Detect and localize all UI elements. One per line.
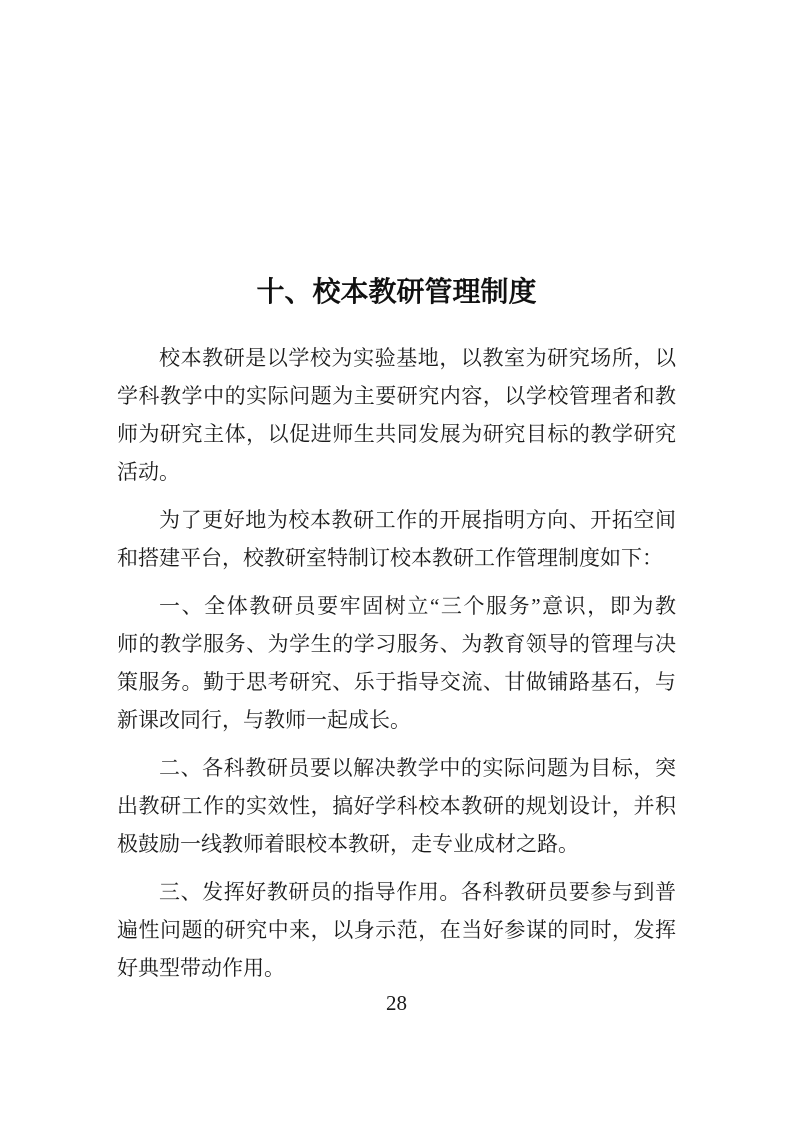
text-line: 新课改同行，与教师一起成长。 <box>117 701 676 739</box>
text-line: 遍性问题的研究中来，以身示范，在当好参谋的同时，发挥 <box>117 911 676 949</box>
paragraph-rule-3: 三、发挥好教研员的指导作用。各科教研员要参与到普 遍性问题的研究中来，以身示范，… <box>117 873 676 987</box>
text-line: 活动。 <box>117 453 676 491</box>
page-number: 28 <box>0 988 793 1018</box>
text-line: 校本教研是以学校为实验基地，以教室为研究场所，以 <box>117 339 676 377</box>
page-title: 十、校本教研管理制度 <box>117 270 676 314</box>
text-line: 学科教学中的实际问题为主要研究内容，以学校管理者和教 <box>117 377 676 415</box>
text-line: 极鼓励一线教师着眼校本教研，走专业成材之路。 <box>117 825 676 863</box>
paragraph-rule-1: 一、全体教研员要牢固树立“三个服务”意识，即为教 师的教学服务、为学生的学习服务… <box>117 587 676 739</box>
paragraph-intro: 校本教研是以学校为实验基地，以教室为研究场所，以 学科教学中的实际问题为主要研究… <box>117 339 676 491</box>
paragraph-rule-2: 二、各科教研员要以解决教学中的实际问题为目标，突 出教研工作的实效性，搞好学科校… <box>117 749 676 863</box>
text-line: 为了更好地为校本教研工作的开展指明方向、开拓空间 <box>117 501 676 539</box>
text-line: 二、各科教研员要以解决教学中的实际问题为目标，突 <box>117 749 676 787</box>
document-page: 十、校本教研管理制度 校本教研是以学校为实验基地，以教室为研究场所，以 学科教学… <box>0 0 793 1122</box>
text-line: 师为研究主体，以促进师生共同发展为研究目标的教学研究 <box>117 415 676 453</box>
document-body: 校本教研是以学校为实验基地，以教室为研究场所，以 学科教学中的实际问题为主要研究… <box>117 339 676 987</box>
paragraph-purpose: 为了更好地为校本教研工作的开展指明方向、开拓空间 和搭建平台，校教研室特制订校本… <box>117 501 676 577</box>
text-line: 出教研工作的实效性，搞好学科校本教研的规划设计，并积 <box>117 787 676 825</box>
text-line: 师的教学服务、为学生的学习服务、为教育领导的管理与决 <box>117 625 676 663</box>
text-line: 好典型带动作用。 <box>117 949 676 987</box>
text-line: 策服务。勤于思考研究、乐于指导交流、甘做铺路基石，与 <box>117 663 676 701</box>
text-line: 三、发挥好教研员的指导作用。各科教研员要参与到普 <box>117 873 676 911</box>
text-line: 一、全体教研员要牢固树立“三个服务”意识，即为教 <box>117 587 676 625</box>
text-line: 和搭建平台，校教研室特制订校本教研工作管理制度如下： <box>117 539 676 577</box>
